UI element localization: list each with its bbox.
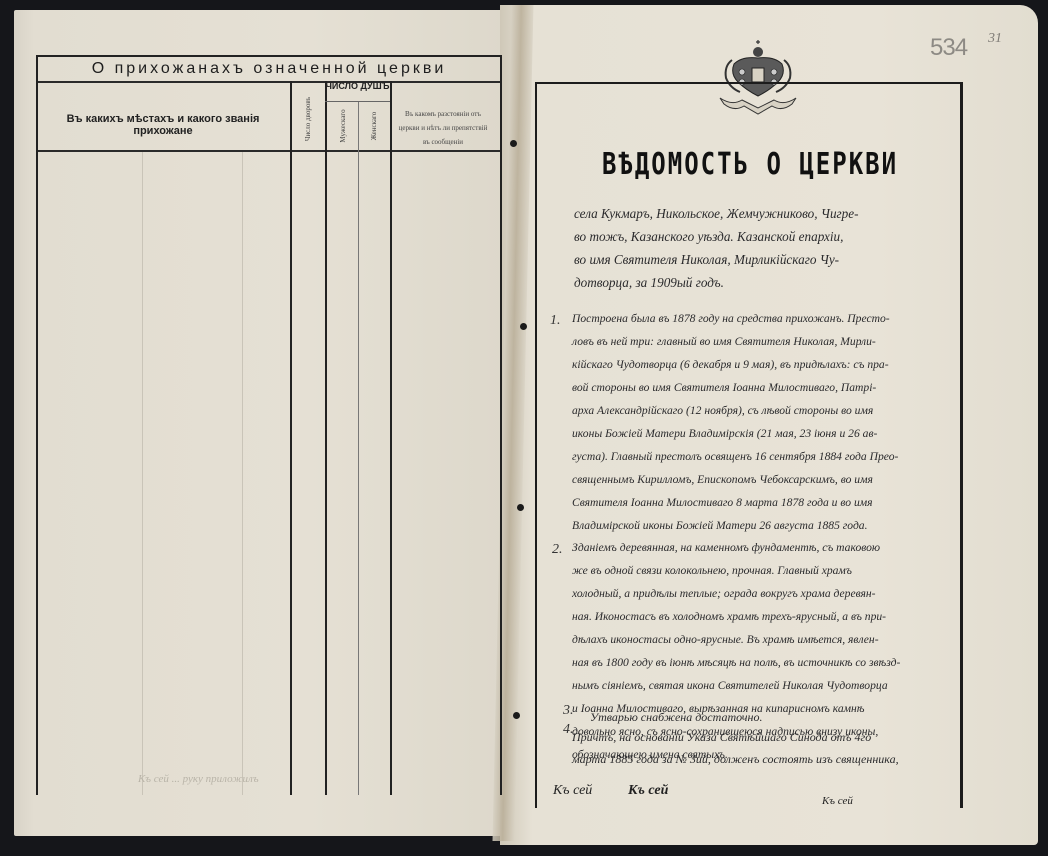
section-line: Причтъ, на основаніи Указа Святѣйшаго Си… xyxy=(572,730,871,745)
section-line: Зданіемъ деревянная, на каменномъ фундам… xyxy=(572,541,880,554)
header-male: Мужескаго xyxy=(339,96,347,156)
header-distance-line: церкви и нѣтъ ли препятствій xyxy=(390,121,496,135)
binding-hole xyxy=(510,140,517,147)
header-places: Въ какихъ мѣстахъ и какого званія прихож… xyxy=(38,113,288,137)
header-souls: ЧИСЛО ДУШЪ xyxy=(325,81,390,91)
section-number: 2. xyxy=(552,542,563,558)
column-rule xyxy=(358,101,359,795)
section-number: 1. xyxy=(550,313,561,329)
section-line: ная. Иконостасъ въ холодномъ храмѣ трехъ… xyxy=(572,610,886,623)
section-line: кійскаго Чудотворца (6 декабря и 9 мая),… xyxy=(572,358,889,371)
signature-note: Къ сей xyxy=(553,783,592,799)
faint-rule xyxy=(242,152,243,795)
header-distance: Въ какомъ разстояніи отъ церкви и нѣтъ л… xyxy=(390,107,496,149)
section-line: вой стороны во имя Святителя Іоанна Мило… xyxy=(572,381,876,394)
section-line: дѣлахъ иконостасы одно-ярусные. Въ храмѣ… xyxy=(572,633,879,646)
section-line: ловъ въ ней три: главный во имя Святител… xyxy=(572,335,876,348)
section-line: арха Александрійскаго (12 ноября), съ лѣ… xyxy=(572,404,873,417)
section-line: Утварью снабжена достаточно. xyxy=(590,710,762,725)
header-distance-line: Въ какомъ разстояніи отъ xyxy=(390,107,496,121)
intro-line: во тожъ, Казанского уѣзда. Казанской епа… xyxy=(574,229,843,245)
section-line: густа). Главный престолъ освященъ 16 сен… xyxy=(572,450,898,463)
document-title: ВѢДОМОСТЬ О ЦЕРКВИ xyxy=(540,147,960,182)
folio-number: 534 xyxy=(930,34,967,62)
binding-hole xyxy=(513,712,520,719)
section-number: 3. xyxy=(563,703,574,719)
section-line: нымъ сіяніемъ, святая икона Святителей Н… xyxy=(572,679,888,692)
header-distance-line: въ сообщеніи xyxy=(390,135,496,149)
signature-note: Къ сей xyxy=(822,795,853,807)
intro-line: дотворца, за 1909ый годъ. xyxy=(574,275,724,291)
faint-bleed-text: Къ сей ... руку приложилъ xyxy=(138,773,259,785)
binding-hole xyxy=(520,323,527,330)
section-line: же въ одной связи колокольнею, прочная. … xyxy=(572,564,852,577)
document-frame xyxy=(535,82,963,808)
divider xyxy=(325,101,390,102)
column-rule xyxy=(325,81,327,795)
section-line: холодный, а придѣлы теплые; ограда вокру… xyxy=(572,587,876,600)
section-line: иконы Божіей Матери Владимірскія (21 мая… xyxy=(572,427,877,440)
section-line: ная въ 1800 году въ іюнѣ мѣсяцѣ на полѣ,… xyxy=(572,656,900,669)
section-line: священнымъ Кирилломъ, Епископомъ Чебокса… xyxy=(572,473,873,486)
parishioners-table: О прихожанахъ означенной церкви Въ каких… xyxy=(36,55,502,795)
table-title: О прихожанахъ означенной церкви xyxy=(38,57,500,81)
faint-rule xyxy=(142,152,143,795)
section-line: Святителя Іоанна Милостиваго 8 марта 187… xyxy=(572,496,873,509)
signature-note: Къ сей xyxy=(628,783,668,799)
column-rule xyxy=(290,81,292,795)
section-line: Владимірской иконы Божіей Матери 26 авгу… xyxy=(572,519,868,532)
header-female: Женскаго xyxy=(370,96,378,156)
folio-mark: 31 xyxy=(988,31,1002,47)
header-households: Число дворовъ xyxy=(304,84,312,154)
binding-hole xyxy=(517,504,524,511)
intro-line: села Кукмаръ, Никольское, Жемчужниково, … xyxy=(574,206,859,222)
intro-line: во имя Святителя Николая, Мирликійскаго … xyxy=(574,252,839,268)
divider xyxy=(38,81,500,83)
header-divider xyxy=(38,150,500,152)
section-line: марта 1885 года за № 3ий, долженъ состоя… xyxy=(572,752,899,767)
section-line: Построена была въ 1878 году на средства … xyxy=(572,312,890,325)
column-rule xyxy=(390,81,392,795)
